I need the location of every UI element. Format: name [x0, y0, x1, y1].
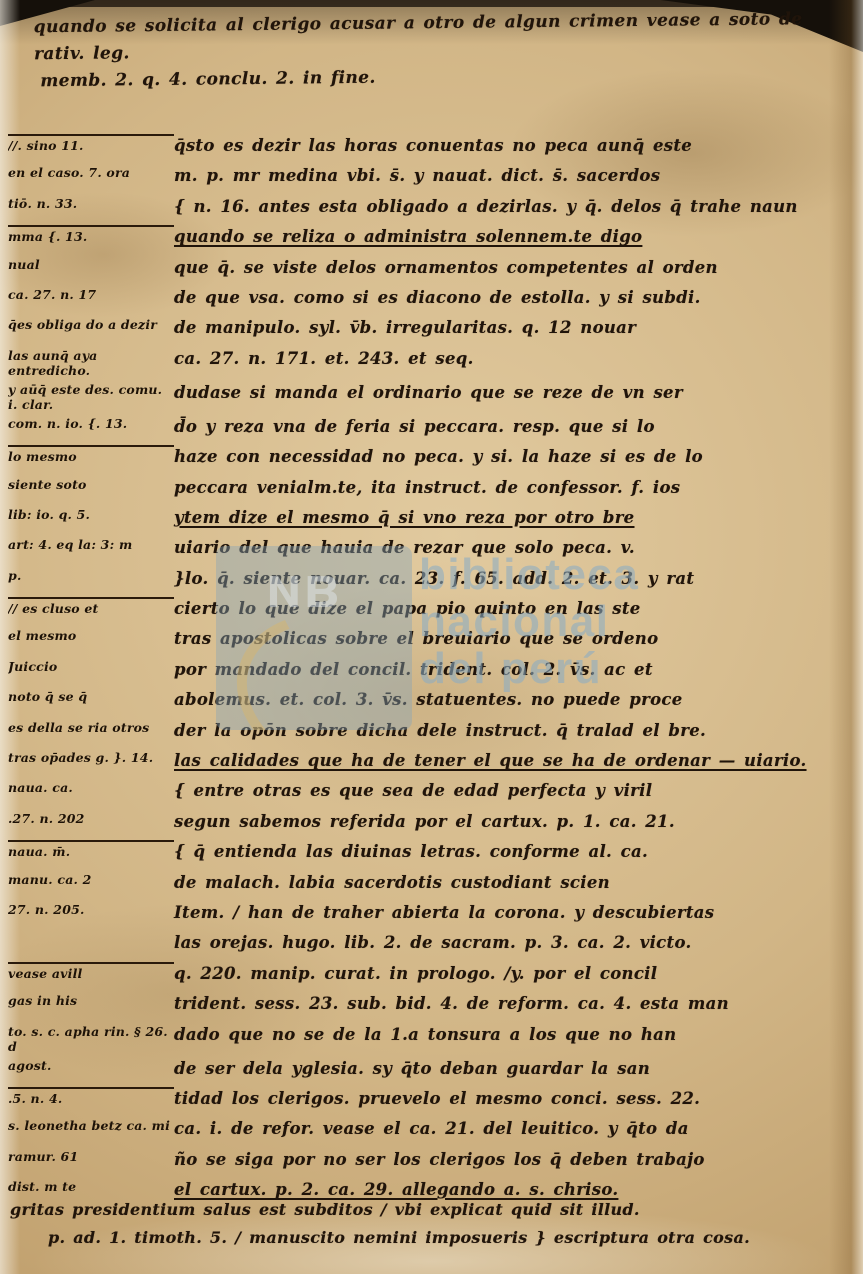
- margin-note: art: 4. eq la: 3: m: [8, 533, 174, 552]
- manuscript-row: art: 4. eq la: 3: muiario del que hauia …: [8, 533, 853, 563]
- manuscript-row: las orejas. hugo. lib. 2. de sacram. p. …: [8, 928, 853, 958]
- manuscript-row: 27. n. 205.Item. / han de traher abierta…: [8, 898, 853, 928]
- margin-note: ca. 27. n. 17: [8, 283, 174, 302]
- text-line: las orejas. hugo. lib. 2. de sacram. p. …: [174, 928, 853, 957]
- header-note: quando se solicita al clerigo acusar a o…: [34, 6, 850, 96]
- margin-note: el mesmo: [8, 624, 174, 643]
- manuscript-row: el mesmotras apostolicas sobre el breuia…: [8, 624, 853, 654]
- margin-note: // es cluso et: [8, 597, 174, 616]
- margin-note: manu. ca. 2: [8, 868, 174, 887]
- margin-note: mma {. 13.: [8, 225, 174, 244]
- text-line: ca. 27. n. 171. et. 243. et seq.: [174, 344, 853, 373]
- manuscript-row: agost.de ser dela yglesia. sy q̄to deban…: [8, 1054, 853, 1084]
- text-line: de manipulo. syl. v̄b. irregularitas. q.…: [174, 313, 853, 342]
- margin-note: to. s. c. apha rin. § 26. d: [8, 1020, 174, 1054]
- margin-note: p.: [8, 564, 174, 583]
- manuscript-row: com. n. io. {. 13.d̄o y reza vna de feri…: [8, 412, 853, 442]
- manuscript-row: nualque q̄. se viste delos ornamentos co…: [8, 253, 853, 283]
- manuscript-row: noto q̄ se q̄abolemus. et. col. 3. v̄s. …: [8, 685, 853, 715]
- manuscript-row: //. sino 11.q̄sto es dezir las horas con…: [8, 131, 853, 161]
- text-line: }lo. q̄. siente nouar. ca. 23. f. 65. ad…: [174, 564, 853, 593]
- margin-note: vease avill: [8, 962, 174, 981]
- manuscript-row: ramur. 61ño se siga por no ser los cleri…: [8, 1145, 853, 1175]
- text-line: segun sabemos referida por el cartux. p.…: [174, 807, 853, 836]
- manuscript-row: q̄es obliga do a dezirde manipulo. syl. …: [8, 313, 853, 343]
- margin-note: Juiccio: [8, 655, 174, 674]
- text-line: tidad los clerigos. pruevelo el mesmo co…: [174, 1084, 853, 1113]
- margin-note: en el caso. 7. ora: [8, 161, 174, 180]
- text-line: { q̄ entienda las diuinas letras. confor…: [174, 837, 853, 866]
- manuscript-row: s. leonetha betz ca. mica. i. de refor. …: [8, 1114, 853, 1144]
- margin-note: s. leonetha betz ca. mi: [8, 1114, 174, 1133]
- margin-note: q̄es obliga do a dezir: [8, 313, 174, 332]
- manuscript-row: lib: io. q. 5.ytem dize el mesmo q̄ si v…: [8, 503, 853, 533]
- margin-note: es della se ria otros: [8, 716, 174, 735]
- text-line: { n. 16. antes esta obligado a dezirlas.…: [174, 192, 853, 221]
- text-line: m. p. mr medina vbi. s̄. y nauat. dict. …: [174, 161, 853, 190]
- manuscript-row: mma {. 13.quando se reliza o administra …: [8, 222, 853, 252]
- margin-note: [8, 928, 174, 932]
- manuscript-row: Juicciopor mandado del concil. trident. …: [8, 655, 853, 685]
- footer-line-2: p. ad. 1. timoth. 5. / manuscito nemini …: [48, 1224, 853, 1252]
- text-line: quando se reliza o administra solennem.t…: [174, 222, 853, 251]
- manuscript-row: naua. m̄.{ q̄ entienda las diuinas letra…: [8, 837, 853, 867]
- manuscript-row: lo mesmohaze con necessidad no peca. y s…: [8, 442, 853, 472]
- text-line: tras apostolicas sobre el breuiario que …: [174, 624, 853, 653]
- margin-note: naua. ca.: [8, 776, 174, 795]
- manuscript-row: vease avillq. 220. manip. curat. in prol…: [8, 959, 853, 989]
- manuscript-row: .5. n. 4.tidad los clerigos. pruevelo el…: [8, 1084, 853, 1114]
- margin-note: 27. n. 205.: [8, 898, 174, 917]
- text-line: q. 220. manip. curat. in prologo. /y. po…: [174, 959, 853, 988]
- margin-note: gas in his: [8, 989, 174, 1008]
- text-line: ño se siga por no ser los clerigos los q…: [174, 1145, 853, 1174]
- manuscript-row: es della se ria otrosder la opōn sobre d…: [8, 716, 853, 746]
- text-line: ca. i. de refor. vease el ca. 21. del le…: [174, 1114, 853, 1143]
- text-line: ytem dize el mesmo q̄ si vno reza por ot…: [174, 503, 853, 532]
- manuscript-row: .27. n. 202segun sabemos referida por el…: [8, 807, 853, 837]
- margin-note: naua. m̄.: [8, 840, 174, 859]
- manuscript-row: naua. ca.{ entre otras es que sea de eda…: [8, 776, 853, 806]
- footer-line-1: gritas presidentium salus est subditos /…: [10, 1196, 853, 1224]
- manuscript-row: manu. ca. 2de malach. labia sacerdotis c…: [8, 868, 853, 898]
- text-line: Item. / han de traher abierta la corona.…: [174, 898, 853, 927]
- text-line: abolemus. et. col. 3. v̄s. statuentes. n…: [174, 685, 853, 714]
- manuscript-row: to. s. c. apha rin. § 26. ddado que no s…: [8, 1020, 853, 1054]
- margin-note: tras op̄ades g. }. 14.: [8, 746, 174, 765]
- header-line-1: quando se solicita al clerigo acusar a o…: [34, 6, 850, 69]
- text-line: de malach. labia sacerdotis custodiant s…: [174, 868, 853, 897]
- text-line: de ser dela yglesia. sy q̄to deban guard…: [174, 1054, 853, 1083]
- margin-note: nual: [8, 253, 174, 272]
- text-line: las calidades que ha de tener el que se …: [174, 746, 853, 775]
- margin-note: agost.: [8, 1054, 174, 1073]
- manuscript-row: y aūq̄ este des. comu. i. clar.dudase si…: [8, 378, 853, 412]
- margin-note: lib: io. q. 5.: [8, 503, 174, 522]
- manuscript-row: tras op̄ades g. }. 14.las calidades que …: [8, 746, 853, 776]
- margin-note: .27. n. 202: [8, 807, 174, 826]
- text-line: haze con necessidad no peca. y si. la ha…: [174, 442, 853, 471]
- manuscript-row: siente sotopeccara venialm.te, ita instr…: [8, 473, 853, 503]
- margin-note: com. n. io. {. 13.: [8, 412, 174, 431]
- text-line: der la opōn sobre dicha dele instruct. q…: [174, 716, 853, 745]
- margin-note: dist. m te: [8, 1175, 174, 1194]
- margin-note: noto q̄ se q̄: [8, 685, 174, 704]
- manuscript-row: en el caso. 7. oram. p. mr medina vbi. s…: [8, 161, 853, 191]
- text-line: de que vsa. como si es diacono de estoll…: [174, 283, 853, 312]
- manuscript-row: gas in histrident. sess. 23. sub. bid. 4…: [8, 989, 853, 1019]
- manuscript-row: tiō. n. 33.{ n. 16. antes esta obligado …: [8, 192, 853, 222]
- footer-note: gritas presidentium salus est subditos /…: [10, 1196, 853, 1252]
- text-body: //. sino 11.q̄sto es dezir las horas con…: [8, 131, 853, 1206]
- manuscript-page: quando se solicita al clerigo acusar a o…: [0, 0, 863, 1274]
- manuscript-row: // es cluso etcierto lo que dize el papa…: [8, 594, 853, 624]
- text-line: por mandado del concil. trident. col. 2.…: [174, 655, 853, 684]
- manuscript-row: las aunq̄ aya entredicho.ca. 27. n. 171.…: [8, 344, 853, 378]
- text-line: cierto lo que dize el papa pio quinto en…: [174, 594, 853, 623]
- margin-note: y aūq̄ este des. comu. i. clar.: [8, 378, 174, 412]
- margin-note: las aunq̄ aya entredicho.: [8, 344, 174, 378]
- margin-note: lo mesmo: [8, 445, 174, 464]
- text-line: trident. sess. 23. sub. bid. 4. de refor…: [174, 989, 853, 1018]
- margin-note: siente soto: [8, 473, 174, 492]
- margin-note: //. sino 11.: [8, 134, 174, 153]
- text-line: d̄o y reza vna de feria si peccara. resp…: [174, 412, 853, 441]
- margin-note: tiō. n. 33.: [8, 192, 174, 211]
- text-line: dudase si manda el ordinario que se reze…: [174, 378, 853, 407]
- text-line: peccara venialm.te, ita instruct. de con…: [174, 473, 853, 502]
- text-line: uiario del que hauia de rezar que solo p…: [174, 533, 853, 562]
- margin-note: .5. n. 4.: [8, 1087, 174, 1106]
- text-line: q̄sto es dezir las horas conuentas no pe…: [174, 131, 853, 160]
- text-line: que q̄. se viste delos ornamentos compet…: [174, 253, 853, 282]
- manuscript-row: p.}lo. q̄. siente nouar. ca. 23. f. 65. …: [8, 564, 853, 594]
- text-line: { entre otras es que sea de edad perfect…: [174, 776, 853, 805]
- text-line: dado que no se de la 1.a tonsura a los q…: [174, 1020, 853, 1049]
- margin-note: ramur. 61: [8, 1145, 174, 1164]
- manuscript-row: ca. 27. n. 17de que vsa. como si es diac…: [8, 283, 853, 313]
